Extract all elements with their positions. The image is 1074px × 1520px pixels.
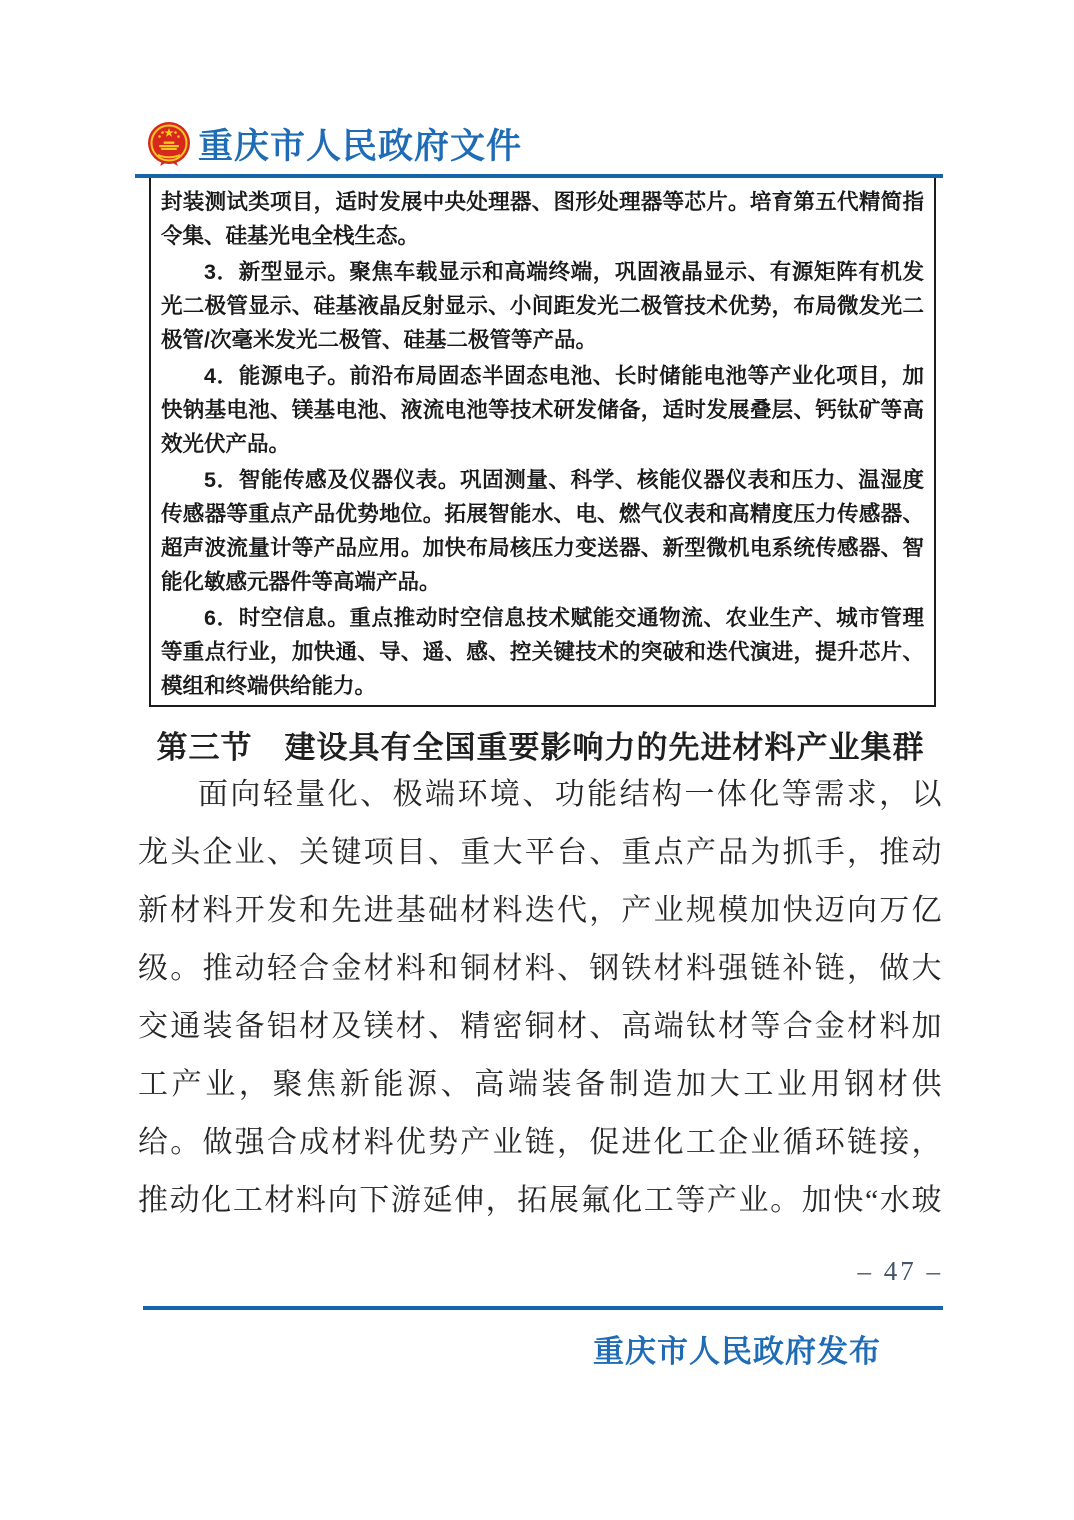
page-number: – 47 – (138, 1256, 943, 1287)
box-paragraph: 封装测试类项目，适时发展中央处理器、图形处理器等芯片。培育第五代精简指令集、硅基… (161, 185, 924, 253)
document-header-title: 重庆市人民政府文件 (198, 119, 522, 169)
body-paragraph: 面向轻量化、极端环境、功能结构一体化等需求，以龙头企业、关键项目、重大平台、重点… (138, 766, 943, 1226)
continued-text-box: 封装测试类项目，适时发展中央处理器、图形处理器等芯片。培育第五代精简指令集、硅基… (149, 178, 936, 707)
box-paragraph: 6．时空信息。重点推动时空信息技术赋能交通物流、农业生产、城市管理等重点行业，加… (161, 601, 924, 703)
national-emblem-icon (146, 121, 192, 167)
document-page: 重庆市人民政府文件 封装测试类项目，适时发展中央处理器、图形处理器等芯片。培育第… (0, 0, 1074, 1520)
box-paragraph: 4．能源电子。前沿布局固态半固态电池、长时储能电池等产业化项目，加快钠基电池、镁… (161, 359, 924, 461)
box-paragraph: 5．智能传感及仪器仪表。巩固测量、科学、核能仪器仪表和压力、温湿度传感器等重点产… (161, 463, 924, 599)
section-heading: 第三节 建设具有全国重要影响力的先进材料产业集群 (138, 722, 943, 767)
footer-divider-line (143, 1306, 943, 1310)
box-paragraph: 3．新型显示。聚焦车载显示和高端终端，巩固液晶显示、有源矩阵有机发光二极管显示、… (161, 255, 924, 357)
footer-publisher: 重庆市人民政府发布 (138, 1326, 943, 1371)
document-header: 重庆市人民政府文件 (146, 118, 946, 170)
